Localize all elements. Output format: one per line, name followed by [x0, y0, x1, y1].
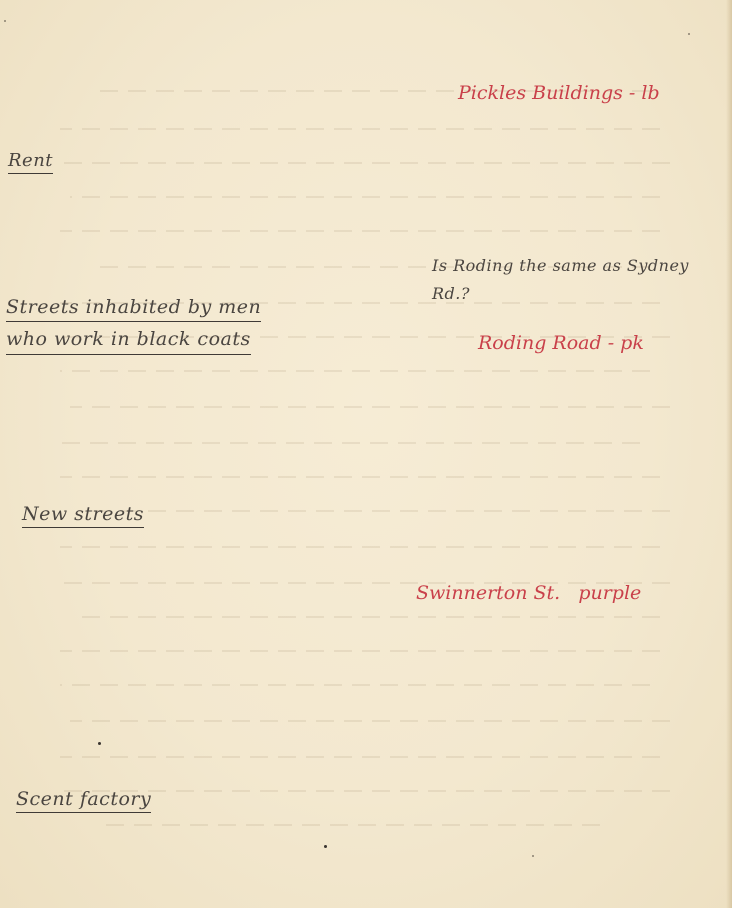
ink-speck [98, 742, 101, 745]
entry-roding-road: Roding Road - pk [478, 334, 644, 353]
paper-speck [4, 20, 6, 22]
entry-pickles-buildings: Pickles Buildings - lb [458, 84, 660, 103]
heading-streets-line2: who work in black coats [6, 330, 251, 355]
heading-new-streets: New streets [22, 505, 144, 528]
heading-rent: Rent [8, 152, 53, 174]
ink-speck [324, 845, 327, 848]
entry-swinnerton-street: Swinnerton St. purple [416, 584, 641, 603]
heading-streets-line1: Streets inhabited by men [6, 298, 261, 322]
heading-scent-factory: Scent factory [16, 790, 151, 813]
query-line1: Is Roding the same as Sydney [432, 258, 689, 274]
bleed-through-text [60, 70, 700, 870]
paper-speck [688, 33, 690, 35]
ink-speck [532, 855, 534, 857]
query-roding-sydney: Is Roding the same as Sydney Rd.? [432, 258, 689, 302]
notebook-page: Rent Streets inhabited by men who work i… [0, 0, 732, 908]
query-line2: Rd.? [432, 286, 689, 302]
heading-streets-black-coats: Streets inhabited by men who work in bla… [6, 298, 261, 355]
